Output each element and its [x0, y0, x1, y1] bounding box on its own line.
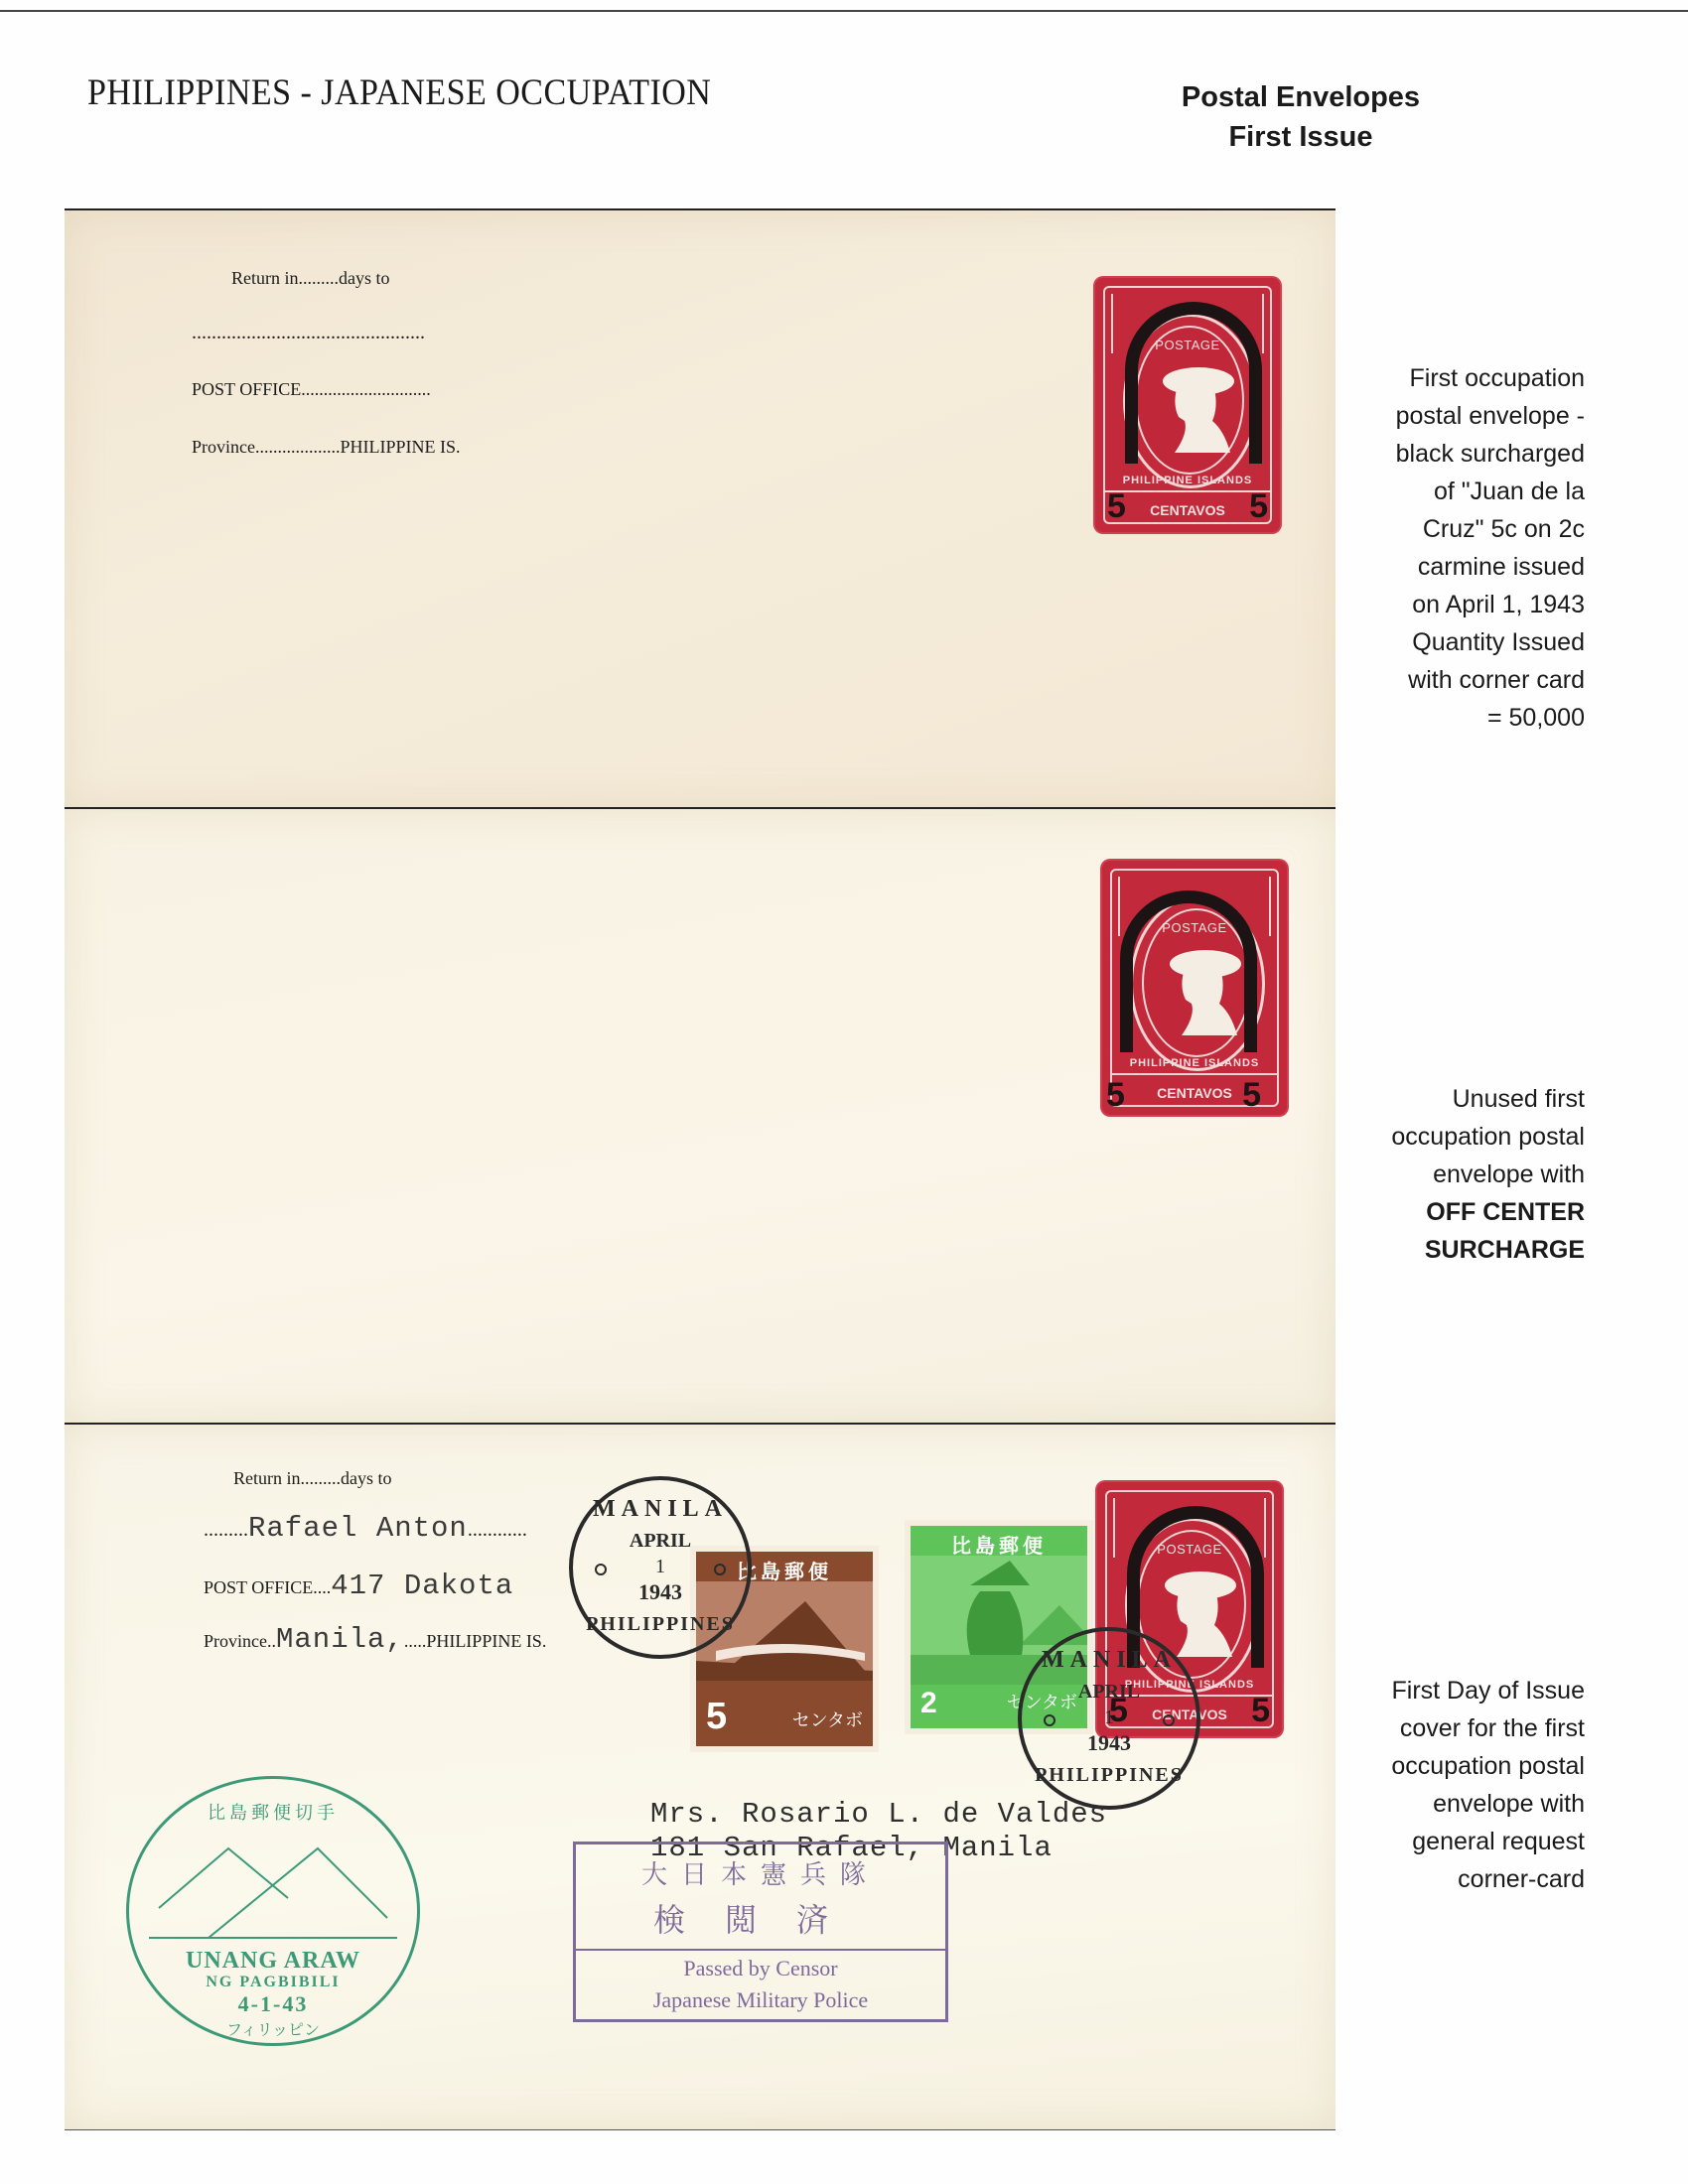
postmark-manila: MANILA APRIL 1 1943 PHILIPPINES: [1018, 1627, 1200, 1810]
description-envelope-2: Unused first occupation postal envelope …: [1321, 1080, 1585, 1269]
volcano-cachet-icon: [149, 1829, 397, 1948]
surcharge-value-left: 5: [1107, 487, 1126, 526]
postmark-manila: MANILA APRIL 1 1943 PHILIPPINES: [569, 1476, 752, 1659]
post-office-line: POST OFFICE.............................: [192, 379, 431, 400]
subtitle-line-1: Postal Envelopes: [1102, 77, 1499, 117]
top-rule: [0, 10, 1688, 12]
surcharge-arch-icon: [1125, 302, 1262, 464]
first-day-cover: Return in.........days to .........Rafae…: [65, 1423, 1336, 2130]
censor-en-line-1: Passed by Censor: [576, 1955, 945, 1982]
sender-name: Rafael Anton: [248, 1512, 468, 1545]
cachet-bottom-text: フィリッピン: [129, 2017, 417, 2040]
indicia-country-label: PHILIPPINE ISLANDS: [1095, 475, 1280, 486]
sender-city: Manila,: [276, 1623, 404, 1656]
surcharge-arch-icon: [1120, 890, 1257, 1052]
addressee-line-1: Mrs. Rosario L. de Valdes: [650, 1798, 1107, 1832]
censor-jp-line-1: 大日本憲兵隊: [576, 1854, 945, 1891]
envelope-with-corner-card: Return in.........days to ..............…: [65, 208, 1336, 809]
indicia-country-label: PHILIPPINE ISLANDS: [1102, 1057, 1287, 1069]
first-day-cachet: 比島郵便切手 UNANG ARAW NG PAGBIBILI 4-1-43 フィ…: [126, 1776, 420, 2046]
stamp-unit: センタボ: [792, 1706, 863, 1732]
stamp-header-text: 比島郵便: [911, 1530, 1087, 1559]
surcharge-value-right: 5: [1242, 1076, 1261, 1115]
post-office-line: POST OFFICE....417 Dakota: [204, 1570, 513, 1602]
stamp-value: 5: [706, 1696, 727, 1738]
stamped-indicia: POSTAGE PHILIPPINE ISLANDS CENTAVOS 5 5: [1102, 861, 1287, 1115]
cachet-line-2: NG PAGBIBILI: [129, 1974, 417, 1991]
surcharge-value-right: 5: [1251, 1692, 1270, 1730]
censor-jp-line-2: 検閲済: [576, 1895, 945, 1951]
return-line: Return in.........days to: [233, 1468, 392, 1489]
province-line: Province...................PHILIPPINE IS…: [192, 437, 461, 458]
stamp-value: 2: [920, 1687, 937, 1720]
subtitle-line-2: First Issue: [1102, 117, 1499, 157]
description-envelope-1: First occupation postal envelope - black…: [1321, 359, 1585, 737]
stamped-indicia: POSTAGE PHILIPPINE ISLANDS CENTAVOS 5 5: [1095, 278, 1280, 532]
province-line: Province..Manila,.....PHILIPPINE IS.: [204, 1623, 546, 1656]
envelope-off-center-surcharge: POSTAGE PHILIPPINE ISLANDS CENTAVOS 5 5: [65, 807, 1336, 1425]
page-title: PHILIPPINES - JAPANESE OCCUPATION: [87, 71, 711, 114]
censor-en-line-2: Japanese Military Police: [576, 1986, 945, 2014]
return-line: Return in.........days to: [231, 268, 390, 289]
name-line: .........Rafael Anton............: [204, 1512, 527, 1545]
surcharge-value-right: 5: [1249, 487, 1268, 526]
cachet-date: 4-1-43: [129, 1991, 417, 2017]
surcharge-value-left: 5: [1106, 1076, 1125, 1115]
page-subtitle: Postal Envelopes First Issue: [1102, 77, 1499, 157]
sender-street: 417 Dakota: [331, 1570, 513, 1602]
cachet-line-1: UNANG ARAW: [129, 1948, 417, 1975]
blank-address-line: ........................................…: [192, 322, 425, 344]
description-envelope-3: First Day of Issue cover for the first o…: [1321, 1672, 1585, 1898]
censor-handstamp: 大日本憲兵隊 検閲済 Passed by Censor Japanese Mil…: [573, 1842, 948, 2022]
